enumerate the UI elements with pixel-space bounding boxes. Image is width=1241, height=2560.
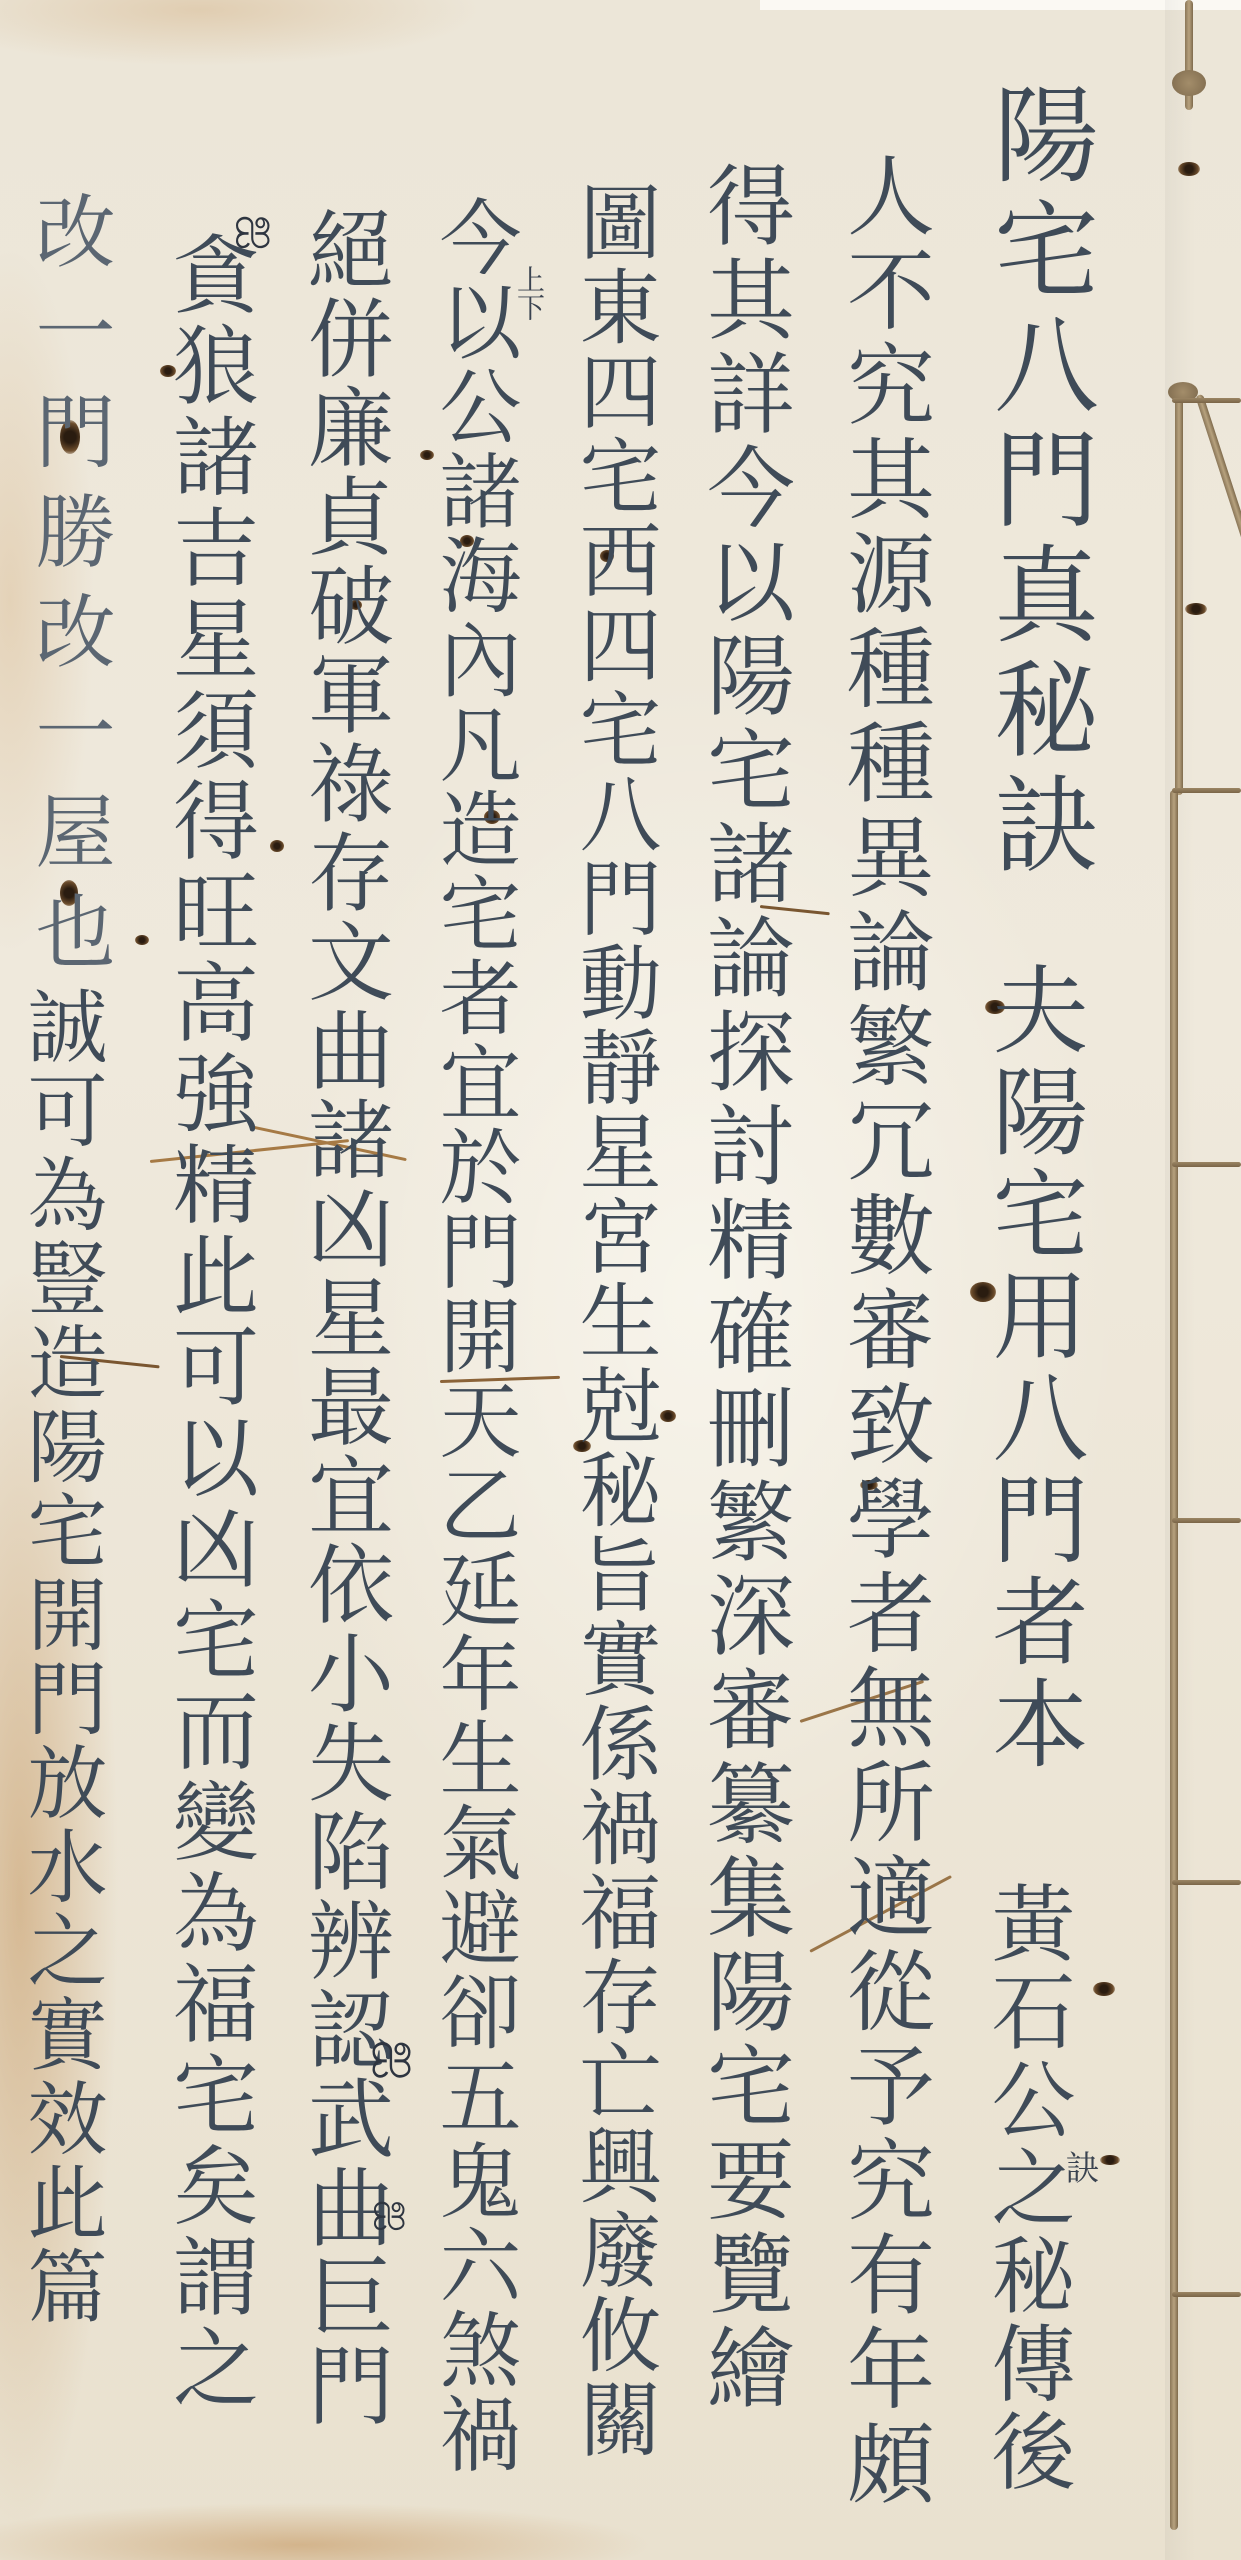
binding-thread [1170, 790, 1178, 2530]
column-text: 夫陽宅用八門者本 [977, 960, 1089, 1776]
text-column-7: 絕併廉貞破軍祿存文曲諸凶星最宜依小失陷辨認武曲巨門 [300, 205, 386, 2430]
interlinear-note: 上下 [515, 265, 543, 321]
column-text: 圖東四宅西四宅八門動靜星宮生尅秘旨實係禍福存亡興廢攸關 [566, 180, 661, 2462]
binding-thread-horizontal [1172, 1518, 1241, 1523]
wormhole [660, 1410, 676, 1422]
text-column-9b: 誠可為豎造陽宅開門放水之實效此篇 [20, 985, 100, 2329]
binding-thread-horizontal [1172, 788, 1241, 793]
column-text: 誠可為豎造陽宅開門放水之實效此篇 [14, 985, 107, 2329]
wormhole [1100, 2155, 1120, 2165]
text-column-3: 人不究其源種種異論繁冗數審致學者無所適從予究有年頗 [840, 150, 928, 2513]
binding-knot [1172, 70, 1206, 96]
interlinear-note: 訣 [1062, 2150, 1096, 2184]
column-text: 改一門勝改一屋也 [22, 190, 115, 990]
column-text: 人不究其源種種異論繁冗數審致學者無所適從予究有年頗 [833, 150, 936, 2513]
binding-thread [1175, 395, 1183, 795]
text-column-9a: 改一門勝改一屋也 [28, 190, 108, 990]
wormhole [1093, 1982, 1115, 1996]
manuscript-page: 陽宅八門真秘訣 夫陽宅用八門者本 黃石公之秘傳後 訣 人不究其源種種異論繁冗數審… [0, 0, 1241, 2560]
manuscript-title: 陽宅八門真秘訣 [977, 80, 1099, 885]
column-text: 黃石公之秘傳後 [978, 1880, 1076, 2496]
margin-mark: ஐ [378, 2200, 418, 2232]
binding-thread-horizontal [1172, 2292, 1241, 2297]
title-column: 陽宅八門真秘訣 [985, 80, 1090, 885]
binding-thread-horizontal [1172, 1162, 1241, 1167]
binding-thread-horizontal [1172, 398, 1241, 403]
text-column-5: 圖東四宅西四宅八門動靜星宮生尅秘旨實係禍福存亡興廢攸關 [572, 180, 654, 2462]
margin-mark: ஐ [240, 215, 284, 250]
text-column-6: 今以公諸海內凡造宅者宜於門開天乙延年生氣避卻五鬼六煞禍 [432, 195, 514, 2477]
wormhole [1178, 162, 1200, 176]
wormhole [135, 935, 149, 945]
text-column-4: 得其詳今以陽宅諸論探討精確刪繁深審纂集陽宅要覽繪 [700, 160, 788, 2416]
wormhole [1185, 603, 1207, 615]
column-text: 貪狼諸吉星須得旺高強精此可以凶宅而變為福宅矣謂之 [158, 230, 258, 2414]
text-column-2b: 黃石公之秘傳後 [985, 1880, 1069, 2496]
text-column-8: 貪狼諸吉星須得旺高強精此可以凶宅而變為福宅矣謂之 [165, 230, 251, 2414]
column-text: 今以公諸海內凡造宅者宜於門開天乙延年生氣避卻五鬼六煞禍 [426, 195, 521, 2477]
column-text: 得其詳今以陽宅諸論探討精確刪繁深審纂集陽宅要覽繪 [693, 160, 796, 2416]
wormhole [270, 840, 284, 852]
margin-mark: ஐ [378, 2040, 428, 2080]
binding-thread-horizontal [1172, 1880, 1241, 1885]
text-column-2a: 夫陽宅用八門者本 [985, 960, 1081, 1776]
column-text: 絕併廉貞破軍祿存文曲諸凶星最宜依小失陷辨認武曲巨門 [293, 205, 393, 2430]
